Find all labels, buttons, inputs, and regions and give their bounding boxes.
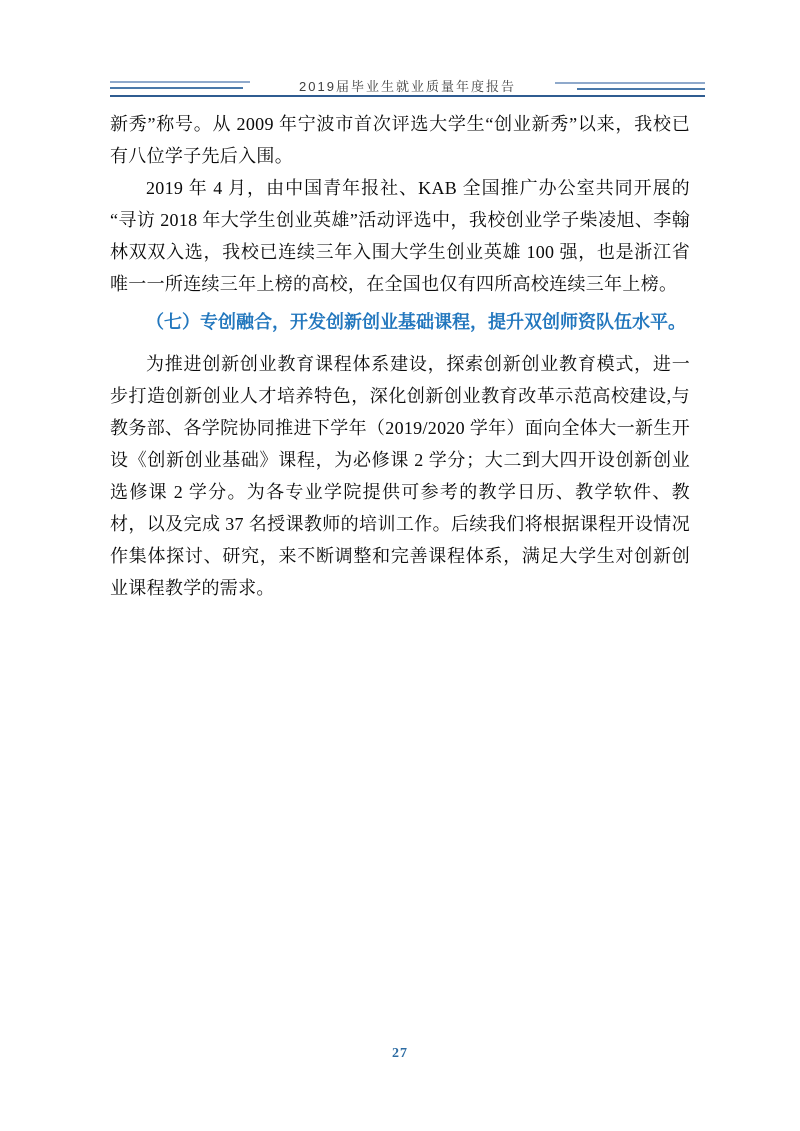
paragraph: 2019 年 4 月，由中国青年报社、KAB 全国推广办公室共同开展的“寻访 2…	[110, 172, 690, 300]
paragraph: 为推进创新创业教育课程体系建设，探索创新创业教育模式，进一步打造创新创业人才培养…	[110, 348, 690, 604]
paragraph-continuation: 新秀”称号。从 2009 年宁波市首次评选大学生“创业新秀”以来，我校已有八位学…	[110, 108, 690, 172]
page-footer: 27	[0, 1044, 800, 1062]
page-header: 2019届毕业生就业质量年度报告	[110, 75, 705, 99]
section-heading: （七）专创融合，开发创新创业基础课程，提升双创师资队伍水平。	[110, 306, 690, 338]
header-title: 2019届毕业生就业质量年度报告	[110, 76, 705, 95]
header-rule	[110, 95, 705, 97]
header-decoration-line-right-top	[555, 82, 705, 84]
header-decoration-line-right-bottom	[577, 88, 705, 90]
page-body: 新秀”称号。从 2009 年宁波市首次评选大学生“创业新秀”以来，我校已有八位学…	[110, 108, 690, 604]
document-page: 2019届毕业生就业质量年度报告 新秀”称号。从 2009 年宁波市首次评选大学…	[0, 0, 800, 1131]
page-number: 27	[392, 1046, 408, 1061]
